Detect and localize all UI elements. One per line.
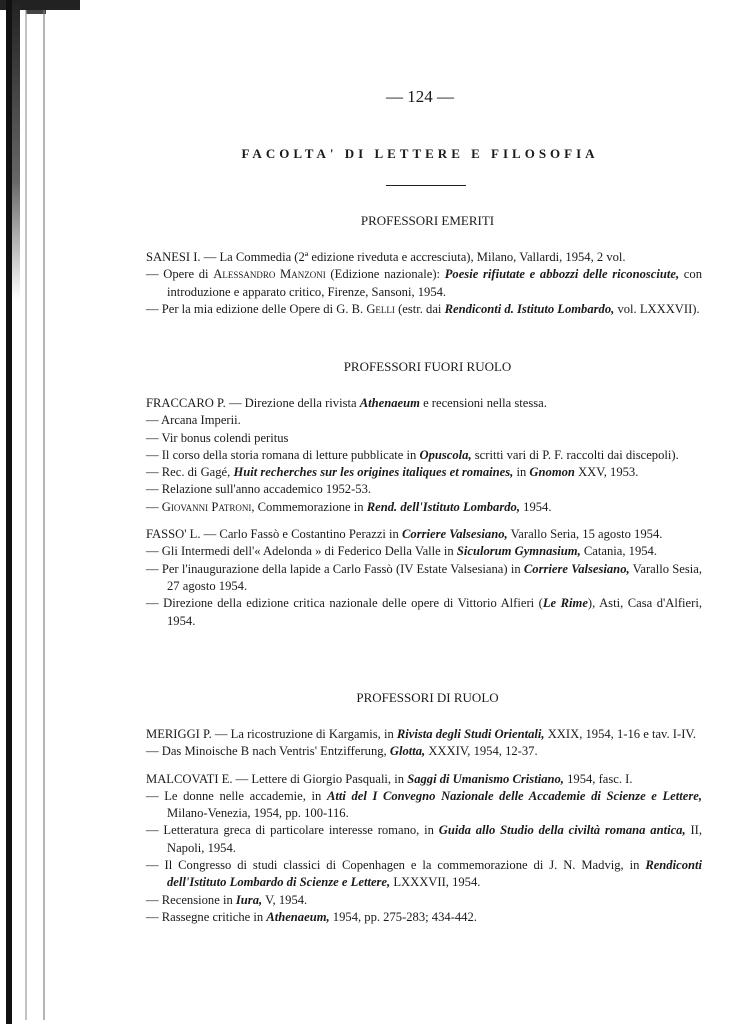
bibliography-entry: MALCOVATI E. — Lettere di Giorgio Pasqua… bbox=[146, 771, 702, 788]
section-di-ruolo: MERIGGI P. — La ricostruzione di Kargami… bbox=[146, 726, 702, 926]
faculty-title: FACOLTA' DI LETTERE E FILOSOFIA bbox=[0, 146, 755, 162]
bibliography-entry: — Giovanni Patroni, Commemorazione in Re… bbox=[146, 499, 702, 516]
bibliography-entry: — Il corso della storia romana di lettur… bbox=[146, 447, 702, 464]
bibliography-entry: — Direzione della edizione critica nazio… bbox=[146, 595, 702, 630]
bibliography-entry: — Gli Intermedi dell'« Adelonda » di Fed… bbox=[146, 543, 702, 560]
bibliography-entry: — Opere di Alessandro Manzoni (Edizione … bbox=[146, 266, 702, 301]
section-emeriti: SANESI I. — La Commedia (2ª edizione riv… bbox=[146, 249, 702, 318]
bibliography-entry: — Relazione sull'anno accademico 1952-53… bbox=[146, 481, 702, 498]
bibliography-entry: SANESI I. — La Commedia (2ª edizione riv… bbox=[146, 249, 702, 266]
bibliography-entry: — Il Congresso di studi classici di Cope… bbox=[146, 857, 702, 892]
bibliography-entry: FRACCARO P. — Direzione della rivista At… bbox=[146, 395, 702, 412]
section-heading-fuori-ruolo: PROFESSORI FUORI RUOLO bbox=[0, 359, 755, 375]
bibliography-entry: — Per la mia edizione delle Opere di G. … bbox=[146, 301, 702, 318]
bibliography-entry: MERIGGI P. — La ricostruzione di Kargami… bbox=[146, 726, 702, 743]
title-divider bbox=[386, 185, 466, 186]
section-fuori-ruolo: FRACCARO P. — Direzione della rivista At… bbox=[146, 395, 702, 630]
bibliography-entry: — Rassegne critiche in Athenaeum, 1954, … bbox=[146, 909, 702, 926]
bibliography-entry: — Per l'inaugurazione della lapide a Car… bbox=[146, 561, 702, 596]
bibliography-entry: — Arcana Imperii. bbox=[146, 412, 702, 429]
bibliography-entry: FASSO' L. — Carlo Fassò e Costantino Per… bbox=[146, 526, 702, 543]
section-heading-emeriti: PROFESSORI EMERITI bbox=[0, 213, 755, 229]
bibliography-entry: — Das Minoische B nach Ventris' Entziffe… bbox=[146, 743, 702, 760]
bibliography-entry: — Vir bonus colendi peritus bbox=[146, 430, 702, 447]
bibliography-entry: — Recensione in Iura, V, 1954. bbox=[146, 892, 702, 909]
bibliography-entry: — Letteratura greca di particolare inter… bbox=[146, 822, 702, 857]
page-number: — 124 — bbox=[0, 87, 755, 107]
bibliography-entry: — Le donne nelle accademie, in Atti del … bbox=[146, 788, 702, 823]
section-heading-di-ruolo: PROFESSORI DI RUOLO bbox=[0, 690, 755, 706]
bibliography-entry: — Rec. di Gagé, Huit recherches sur les … bbox=[146, 464, 702, 481]
